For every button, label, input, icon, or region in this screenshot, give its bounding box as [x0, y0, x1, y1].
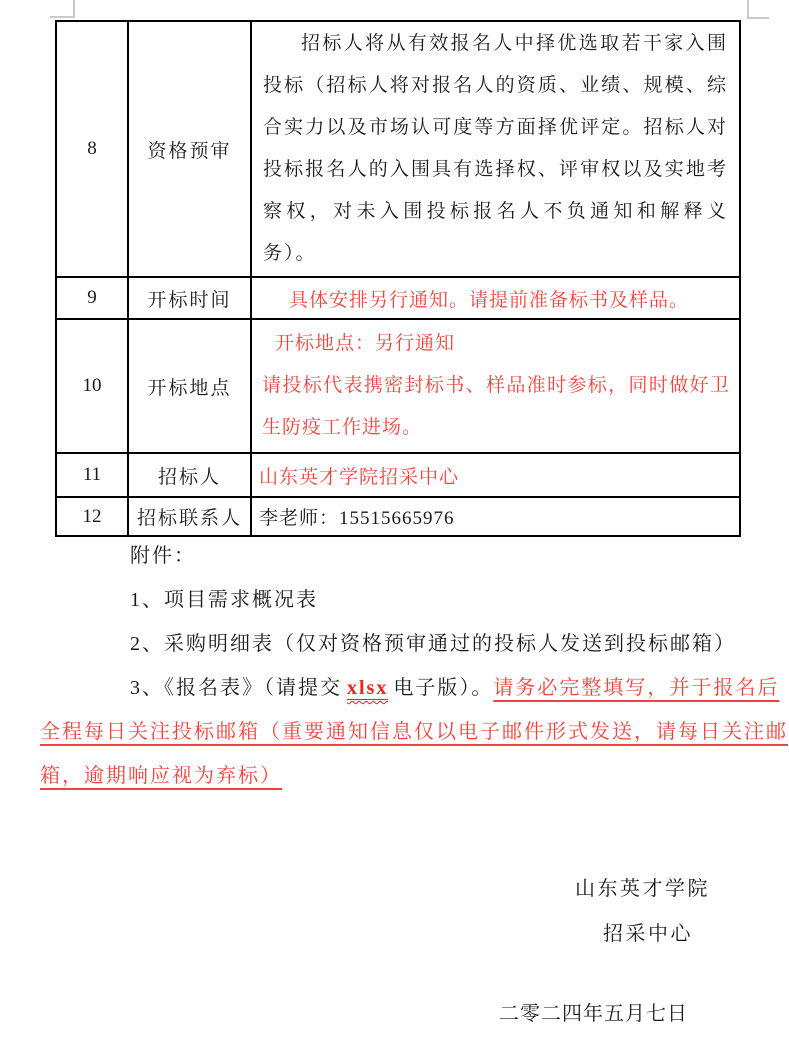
attachments-section: 附件： 1、项目需求概况表 2、采购明细表（仅对资格预审通过的投标人发送到投标邮… [40, 534, 752, 798]
attachment-item-1: 1、项目需求概况表 [40, 578, 752, 622]
bid-opening-place-line2: 请投标代表携密封标书、样品准时参标，同时做好卫生防疫工作进场。 [262, 365, 738, 449]
attachment-warning-continuation-2: 箱，逾期响应视为弃标） [40, 754, 752, 798]
tender-info-table: 8 资格预审 招标人将从有效报名人中择优选取若干家入围投标（招标人将对报名人的资… [55, 20, 741, 537]
signature-organization: 山东英才学院 [575, 872, 710, 901]
attachment-item-3-warning: 请务必完整填写，并于报名后 [493, 677, 779, 699]
bid-opening-place-line1: 开标地点：另行通知 [262, 323, 738, 365]
xlsx-file-type-text: xlsx [347, 677, 388, 700]
attachment-item-3: 3、《报名表》（请提交xlsx电子版）。请务必完整填写，并于报名后 [40, 666, 752, 710]
row-label-qualification: 资格预审 [128, 21, 251, 277]
attachment-item-3-prefix: 3、《报名表》（请提交 [130, 677, 342, 699]
row-label-tenderer: 招标人 [128, 453, 251, 497]
attachment-item-3-middle: 电子版）。 [393, 677, 493, 699]
row-number: 8 [56, 21, 128, 277]
row-content-bid-opening-time: 具体安排另行通知。请提前准备标书及样品。 [251, 277, 740, 319]
document-page: 8 资格预审 招标人将从有效报名人中择优选取若干家入围投标（招标人将对报名人的资… [0, 0, 789, 1038]
row-label-bid-opening-place: 开标地点 [128, 319, 251, 453]
qualification-text: 招标人将从有效报名人中择优选取若干家入围投标（招标人将对报名人的资质、业绩、规模… [253, 23, 738, 275]
signature-date: 二零二四年五月七日 [499, 997, 688, 1026]
row-number: 10 [56, 319, 128, 453]
margin-crop-mark-top-right [747, 17, 769, 19]
attachment-warning-continuation-1: 全程每日关注投标邮箱（重要通知信息仅以电子邮件形式发送，请每日关注邮 [40, 710, 752, 754]
attachment-item-2: 2、采购明细表（仅对资格预审通过的投标人发送到投标邮箱） [40, 622, 752, 666]
signature-department: 招采中心 [603, 917, 693, 946]
margin-crop-mark-top-right [747, 0, 749, 18]
row-label-contact-person: 招标联系人 [128, 497, 251, 536]
row-number: 11 [56, 453, 128, 497]
table-row: 12 招标联系人 李老师：15515665976 [56, 497, 740, 536]
row-number: 12 [56, 497, 128, 536]
margin-crop-mark-top-left [73, 0, 75, 17]
row-label-bid-opening-time: 开标时间 [128, 277, 251, 319]
table-row: 10 开标地点 开标地点：另行通知 请投标代表携密封标书、样品准时参标，同时做好… [56, 319, 740, 453]
attachments-heading: 附件： [40, 534, 752, 578]
row-number: 9 [56, 277, 128, 319]
table-row: 11 招标人 山东英才学院招采中心 [56, 453, 740, 497]
row-content-qualification: 招标人将从有效报名人中择优选取若干家入围投标（招标人将对报名人的资质、业绩、规模… [251, 21, 740, 277]
table-row: 8 资格预审 招标人将从有效报名人中择优选取若干家入围投标（招标人将对报名人的资… [56, 21, 740, 277]
row-content-contact-person: 李老师：15515665976 [251, 497, 740, 536]
row-content-bid-opening-place: 开标地点：另行通知 请投标代表携密封标书、样品准时参标，同时做好卫生防疫工作进场… [251, 319, 740, 453]
row-content-tenderer: 山东英才学院招采中心 [251, 453, 740, 497]
margin-crop-mark-top-left [50, 16, 75, 18]
bid-opening-time-text: 具体安排另行通知。请提前准备标书及样品。 [253, 285, 738, 312]
table-row: 9 开标时间 具体安排另行通知。请提前准备标书及样品。 [56, 277, 740, 319]
